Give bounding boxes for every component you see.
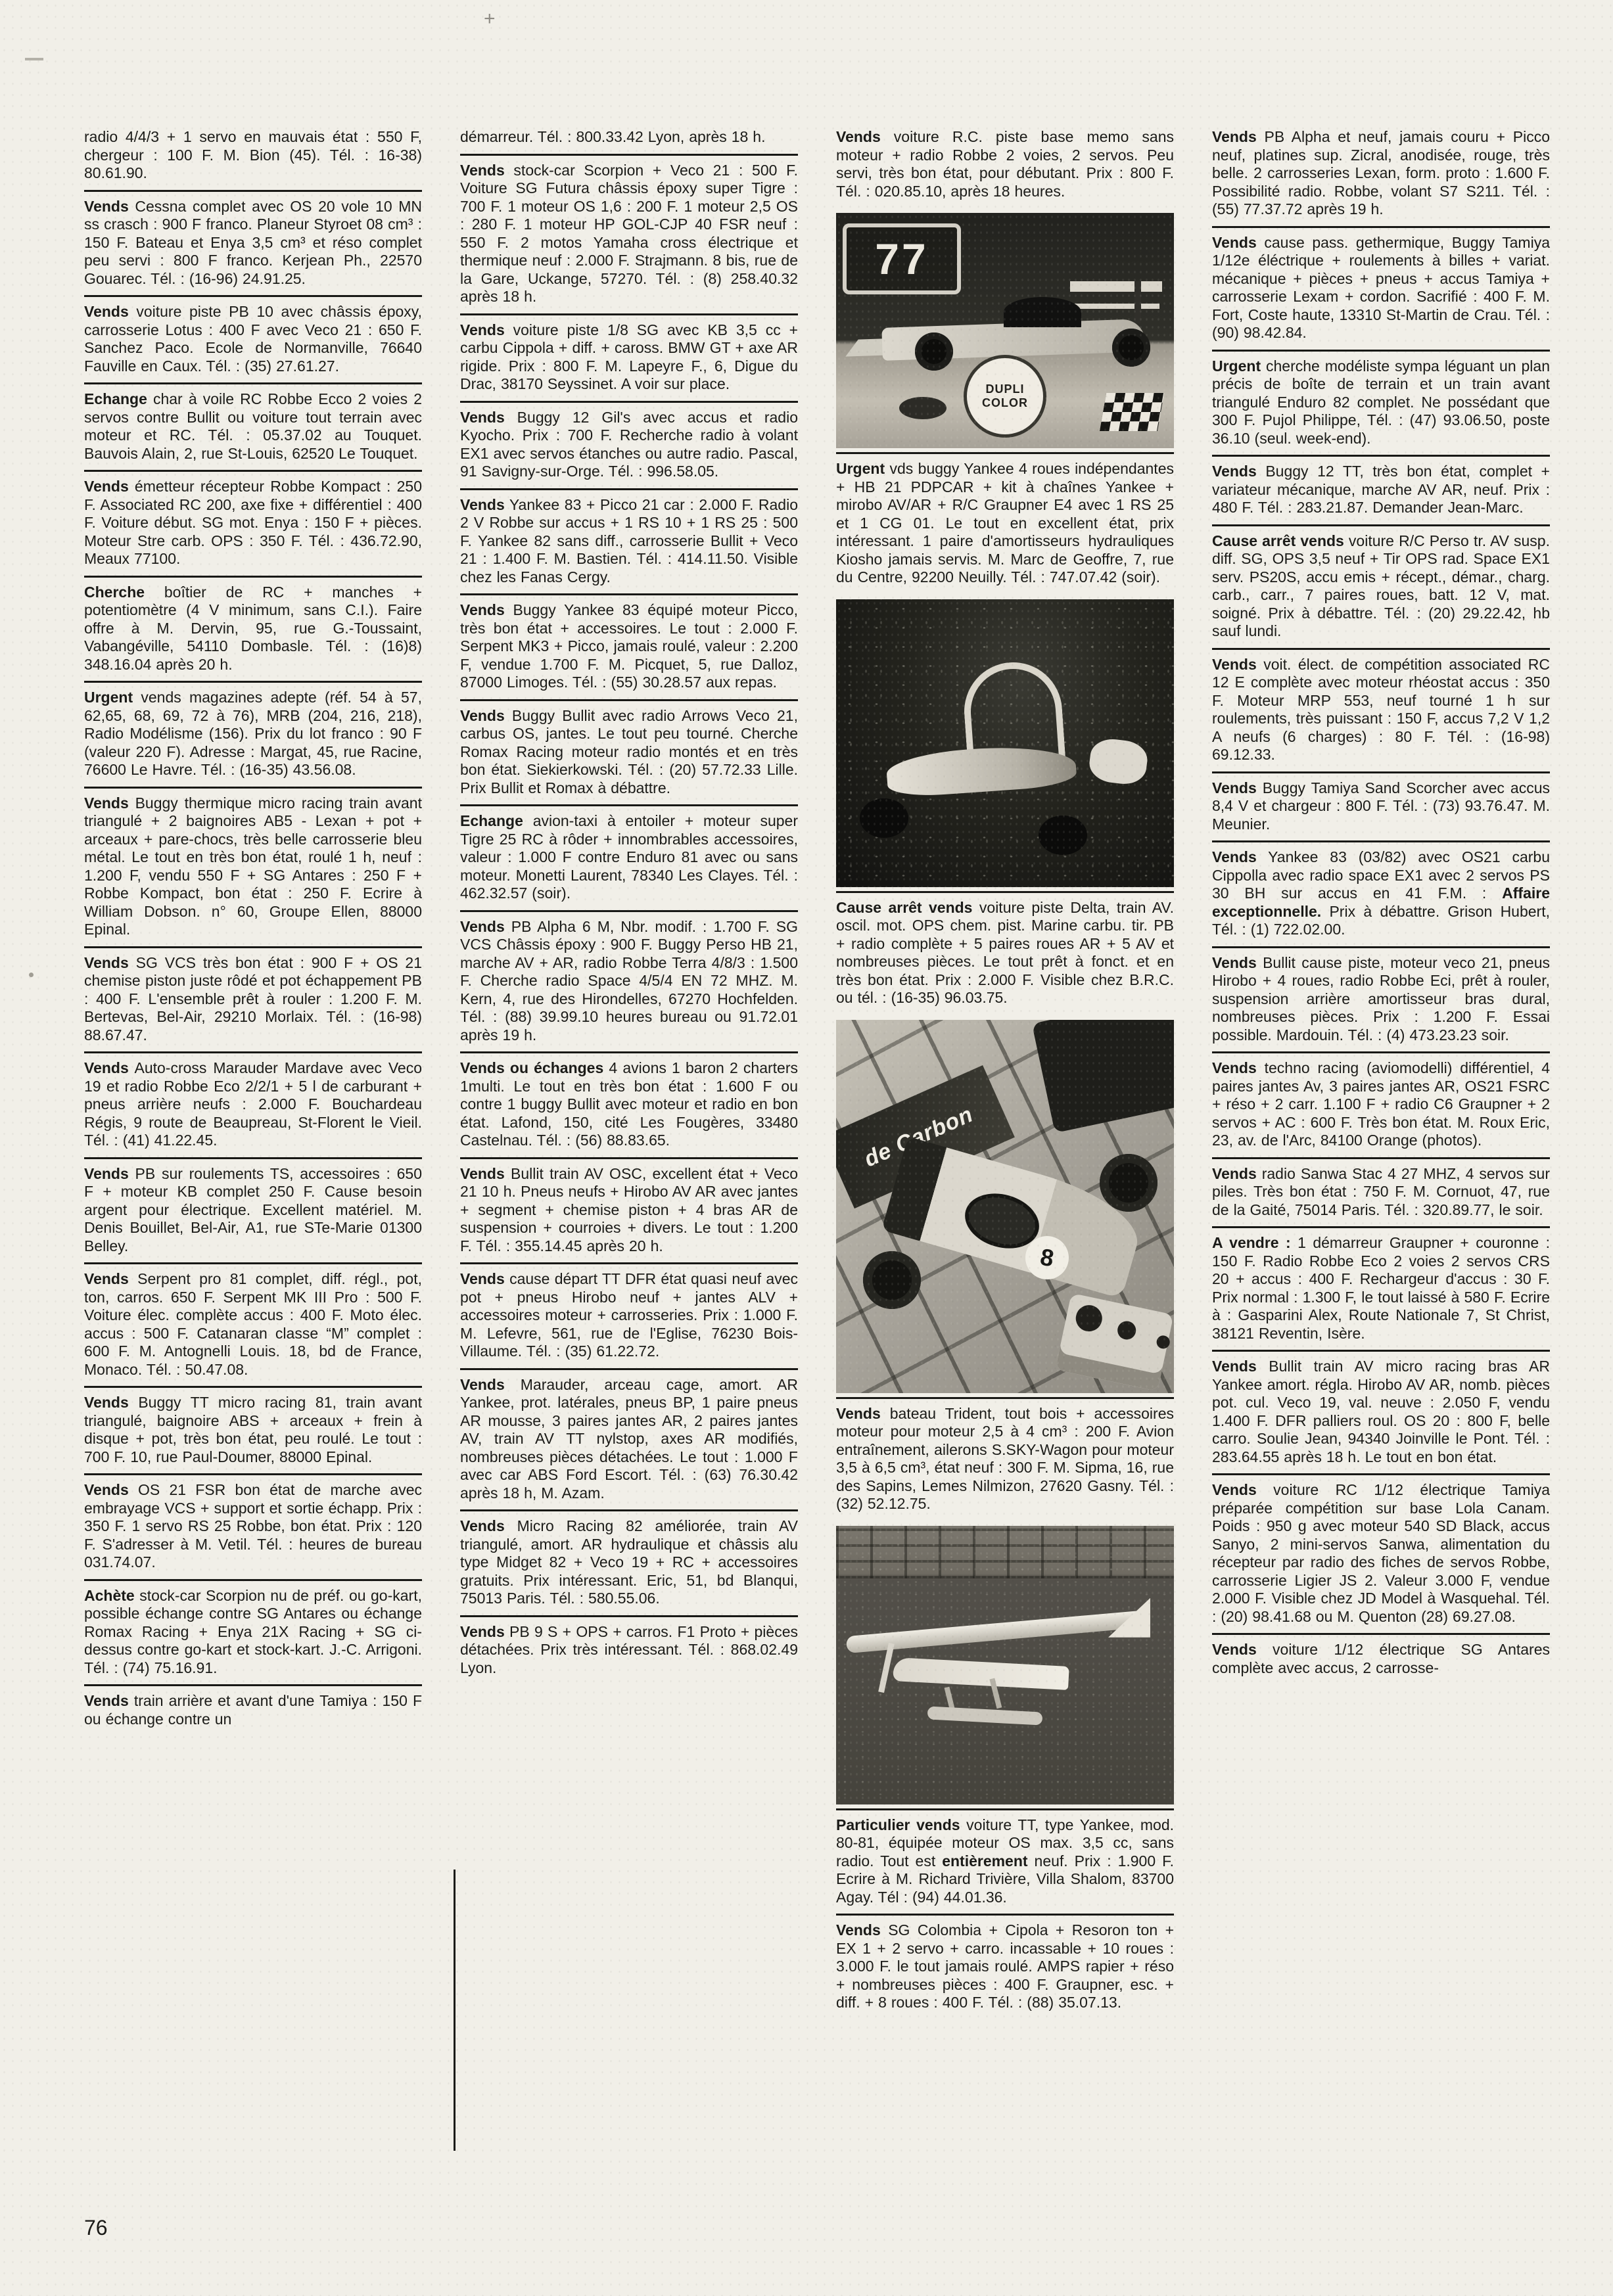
classified-ad: Urgent vds buggy Yankee 4 roues indépend… xyxy=(836,452,1174,594)
ad-body: Buggy 12 TT, très bon état, complet + va… xyxy=(1212,463,1550,516)
edge-mark xyxy=(25,58,43,60)
ad-body: Yankee 83 (03/82) avec OS21 carbu Cippol… xyxy=(1212,848,1550,902)
ad-body: Buggy Yankee 83 équipé moteur Picco, trè… xyxy=(460,601,798,691)
ad-lead: Vends xyxy=(836,128,881,145)
classified-ad: Echange char à voile RC Robbe Ecco 2 voi… xyxy=(84,382,422,470)
ad-lead: Vends xyxy=(84,478,129,495)
ad-body: Cessna complet avec OS 20 vole 10 MN ss … xyxy=(84,198,422,287)
classified-ad: Vends Buggy TT micro racing 81, train av… xyxy=(84,1386,422,1473)
ad-lead: Vends xyxy=(460,162,505,179)
classified-ad: Vends Bullit train AV micro racing bras … xyxy=(1212,1350,1550,1473)
ad-body: PB sur roulements TS, accessoires : 650 … xyxy=(84,1165,422,1254)
photo-track-car-display: 77 DUPLI COLOR xyxy=(836,213,1174,448)
ad-body: voiture piste 1/8 SG avec KB 3,5 cc + ca… xyxy=(460,321,798,393)
classified-ad: Vends radio Sanwa Stac 4 27 MHZ, 4 servo… xyxy=(1212,1157,1550,1227)
ad-body: cherche modéliste sympa léguant un plan … xyxy=(1212,357,1550,447)
ad-body: stock-car Scorpion nu de préf. ou go-kar… xyxy=(84,1587,422,1676)
ad-body: Buggy 12 Gil's avec accus et radio Kyoch… xyxy=(460,409,798,480)
ad-lead: Vends xyxy=(460,1623,505,1640)
classified-ad: Vends bateau Trident, tout bois + access… xyxy=(836,1397,1174,1521)
ad-lead: Urgent xyxy=(84,689,133,706)
ad-body: radio Sanwa Stac 4 27 MHZ, 4 servos sur … xyxy=(1212,1165,1550,1218)
ad-lead: Vends xyxy=(84,1270,129,1287)
ad-lead: Vends xyxy=(1212,1059,1257,1076)
ad-body: voiture 1/12 électrique SG Antares compl… xyxy=(1212,1641,1550,1676)
classified-ad: Echange avion-taxi à entoiler + moteur s… xyxy=(460,804,798,910)
classified-ad: Vends voiture piste 1/8 SG avec KB 3,5 c… xyxy=(460,313,798,401)
ad-lead: Vends xyxy=(460,707,505,724)
race-number-sign: 77 xyxy=(843,223,961,294)
ad-body: voiture piste PB 10 avec châssis époxy, … xyxy=(84,303,422,375)
ad-lead: Vends xyxy=(1212,1165,1257,1182)
ad-body: radio 4/4/3 + 1 servo en mauvais état : … xyxy=(84,128,422,181)
photo-chassis-on-tiles: de Carbon 8 xyxy=(836,1020,1174,1393)
ad-body: Yankee 83 + Picco 21 car : 2.000 F. Radi… xyxy=(460,496,798,585)
ad-lead: Vends xyxy=(84,303,129,320)
column-4: Vends PB Alpha et neuf, jamais couru + P… xyxy=(1212,128,1550,1684)
ad-lead: Vends xyxy=(460,1165,505,1182)
page-number: 76 xyxy=(84,2216,108,2240)
ad-body: Buggy thermique micro racing train avant… xyxy=(84,794,422,938)
ad-body: bateau Trident, tout bois + accessoires … xyxy=(836,1405,1174,1513)
classified-ad: Vends Buggy Yankee 83 équipé moteur Picc… xyxy=(460,593,798,699)
ad-lead: Vends xyxy=(1212,1481,1257,1498)
classified-ad: Vends Cessna complet avec OS 20 vole 10 … xyxy=(84,190,422,296)
ad-body: vds buggy Yankee 4 roues indépendantes +… xyxy=(836,460,1174,585)
classified-ad: Vends Bullit train AV OSC, excellent éta… xyxy=(460,1157,798,1263)
ad-lead: Vends xyxy=(84,1394,129,1411)
ad-lead: Vends xyxy=(84,954,129,971)
ad-lead: Cause arrêt vends xyxy=(836,899,972,916)
ad-lead: Cherche xyxy=(84,584,145,601)
sponsor-oval-logo xyxy=(899,397,947,419)
badge-text: DUPLI xyxy=(986,382,1025,396)
classified-ad: Cause arrêt vends voiture R/C Perso tr. … xyxy=(1212,524,1550,648)
ad-lead: Echange xyxy=(460,812,523,829)
ad-lead: Vends xyxy=(460,601,505,618)
classified-ad: Vends Micro Racing 82 améliorée, train A… xyxy=(460,1509,798,1615)
classified-ad: Vends PB Alpha et neuf, jamais couru + P… xyxy=(1212,128,1550,226)
ad-lead: Vends xyxy=(460,1376,505,1393)
ad-body: Buggy Tamiya Sand Scorcher avec accus 8,… xyxy=(1212,779,1550,833)
classified-ad: Cause arrêt vends voiture piste Delta, t… xyxy=(836,891,1174,1015)
photo-night-buggy xyxy=(836,599,1174,887)
classified-ad: Cherche boîtier de RC + manches + potent… xyxy=(84,576,422,681)
classified-ad: Vends voiture RC 1/12 électrique Tamiya … xyxy=(1212,1473,1550,1633)
classified-ad: Vends voiture R.C. piste base memo sans … xyxy=(836,128,1174,208)
classified-ad: Vends cause départ TT DFR état quasi neu… xyxy=(460,1262,798,1368)
ad-lead: A vendre : xyxy=(1212,1234,1291,1251)
classified-ad: Particulier vends voiture TT, type Yanke… xyxy=(836,1808,1174,1914)
ad-lead: Vends xyxy=(84,794,129,812)
classified-ad: Vends stock-car Scorpion + Veco 21 : 500… xyxy=(460,154,798,313)
ad-lead: Urgent xyxy=(1212,357,1261,375)
column-divider-rule xyxy=(454,1870,456,2151)
ad-lead: Vends xyxy=(460,496,505,513)
classified-ad: Vends Buggy 12 TT, très bon état, comple… xyxy=(1212,455,1550,524)
ad-body: Buggy TT micro racing 81, train avant tr… xyxy=(84,1394,422,1465)
classified-ad: Urgent cherche modéliste sympa léguant u… xyxy=(1212,350,1550,455)
buggy-wheel xyxy=(860,798,908,838)
ad-body: voit. élect. de compétition associated R… xyxy=(1212,656,1550,764)
ad-lead: Vends xyxy=(84,1692,129,1709)
classified-ad: A vendre : 1 démarreur Graupner + couron… xyxy=(1212,1226,1550,1350)
ad-lead: Vends xyxy=(84,198,129,215)
ad-lead: Vends xyxy=(1212,1641,1257,1658)
ad-body: techno racing (aviomodelli) différentiel… xyxy=(1212,1059,1550,1149)
chassis-wheel xyxy=(1100,1154,1157,1212)
ad-body: Marauder, arceau cage, amort. AR Yankee,… xyxy=(460,1376,798,1502)
classified-ad: Vends cause pass. gethermique, Buggy Tam… xyxy=(1212,226,1550,350)
dupli-color-badge: DUPLI COLOR xyxy=(964,355,1046,438)
car-wheel xyxy=(915,333,953,371)
ad-lead: Vends xyxy=(836,1405,881,1422)
classified-ad: Vends techno racing (aviomodelli) différ… xyxy=(1212,1051,1550,1157)
ad-lead: Urgent xyxy=(836,460,885,477)
checkered-flag-logo xyxy=(1100,393,1164,431)
classified-ad: Vends train arrière et avant d'une Tamiy… xyxy=(84,1684,422,1735)
ad-body: PB Alpha et neuf, jamais couru + Picco n… xyxy=(1212,128,1550,218)
classified-ad: radio 4/4/3 + 1 servo en mauvais état : … xyxy=(84,128,422,190)
ad-body: PB 9 S + OPS + carros. F1 Proto + pièces… xyxy=(460,1623,798,1676)
classified-ad: Vends SG Colombia + Cipola + Resoron ton… xyxy=(836,1914,1174,2019)
ad-lead: Achète xyxy=(84,1587,135,1604)
classified-ad: Vends Yankee 83 (03/82) avec OS21 carbu … xyxy=(1212,840,1550,946)
ad-lead: Vends xyxy=(460,409,505,426)
ad-lead: Vends ou échanges xyxy=(460,1059,603,1076)
ad-lead: Vends xyxy=(1212,954,1257,971)
column-2: démarreur. Tél. : 800.33.42 Lyon, après … xyxy=(460,128,798,1684)
ad-lead: Vends xyxy=(460,1270,505,1287)
rear-wing xyxy=(1070,281,1162,292)
car-canopy xyxy=(1004,297,1081,327)
ad-lead: Vends xyxy=(460,1517,505,1534)
column-3: Vends voiture R.C. piste base memo sans … xyxy=(836,128,1174,2019)
classified-ad: Urgent vends magazines adepte (réf. 54 à… xyxy=(84,681,422,787)
photo-plane-on-grass xyxy=(836,1526,1174,1804)
ad-body: émetteur récepteur Robbe Kompact : 250 F… xyxy=(84,478,422,567)
chassis-wheel xyxy=(863,1251,921,1309)
classified-ad: Vends Buggy Bullit avec radio Arrows Vec… xyxy=(460,699,798,805)
ad-lead: Vends xyxy=(1212,779,1257,796)
classified-ad: Vends OS 21 FSR bon état de marche avec … xyxy=(84,1473,422,1579)
ad-lead: Vends xyxy=(1212,656,1257,673)
ad-lead: Vends xyxy=(84,1059,129,1076)
ad-lead: Vends xyxy=(460,918,505,935)
car-wheel xyxy=(1112,329,1150,367)
classified-ad: Vends Yankee 83 + Picco 21 car : 2.000 F… xyxy=(460,488,798,594)
ad-lead: Vends xyxy=(84,1165,129,1182)
ad-body: voiture RC 1/12 électrique Tamiya prépar… xyxy=(1212,1481,1550,1625)
dark-bag xyxy=(1032,1020,1174,1134)
ad-lead: Cause arrêt vends xyxy=(1212,532,1344,549)
ad-body: Bullit train AV micro racing bras AR Yan… xyxy=(1212,1358,1550,1465)
ad-body: Micro Racing 82 améliorée, train AV tria… xyxy=(460,1517,798,1607)
ad-body: OS 21 FSR bon état de marche avec embray… xyxy=(84,1481,422,1571)
ad-lead: Vends xyxy=(460,321,505,338)
ad-lead: Vends xyxy=(1212,848,1257,865)
ad-body: stock-car Scorpion + Veco 21 : 500 F. Vo… xyxy=(460,162,798,306)
classified-ad: démarreur. Tél. : 800.33.42 Lyon, après … xyxy=(460,128,798,154)
classified-ad: Vends PB 9 S + OPS + carros. F1 Proto + … xyxy=(460,1615,798,1685)
ad-body: voiture R.C. piste base memo sans moteur… xyxy=(836,128,1174,200)
classified-ad: Vends voiture piste PB 10 avec châssis é… xyxy=(84,295,422,382)
ad-body: Serpent pro 81 complet, diff. régl., pot… xyxy=(84,1270,422,1378)
classified-ad: Vends ou échanges 4 avions 1 baron 2 cha… xyxy=(460,1051,798,1157)
registration-plus-mark: + xyxy=(484,8,496,30)
column-1: radio 4/4/3 + 1 servo en mauvais état : … xyxy=(84,128,422,1735)
classified-ad: Vends Bullit cause piste, moteur veco 21… xyxy=(1212,946,1550,1052)
classified-ad: Vends PB Alpha 6 M, Nbr. modif. : 1.700 … xyxy=(460,910,798,1052)
ad-lead: Vends xyxy=(1212,234,1257,251)
classified-ad: Vends Buggy Tamiya Sand Scorcher avec ac… xyxy=(1212,771,1550,841)
ad-body: Bullit train AV OSC, excellent état + Ve… xyxy=(460,1165,798,1254)
classified-ad: Vends Buggy thermique micro racing train… xyxy=(84,787,422,946)
ad-body: vends magazines adepte (réf. 54 à 57, 62… xyxy=(84,689,422,778)
ad-body: Bullit cause piste, moteur veco 21, pneu… xyxy=(1212,954,1550,1044)
ad-body: SG VCS très bon état : 900 F + OS 21 che… xyxy=(84,954,422,1044)
classified-ad: Vends voiture 1/12 électrique SG Antares… xyxy=(1212,1633,1550,1684)
classified-ad: Achète stock-car Scorpion nu de préf. ou… xyxy=(84,1579,422,1685)
classified-ad: Vends SG VCS très bon état : 900 F + OS … xyxy=(84,946,422,1052)
ad-lead: Echange xyxy=(84,390,147,407)
wing-post xyxy=(1134,281,1141,323)
classified-ad: Vends Buggy 12 Gil's avec accus et radio… xyxy=(460,401,798,488)
ad-body: Auto-cross Marauder Mardave avec Veco 19… xyxy=(84,1059,422,1149)
ad-lead: Vends xyxy=(1212,1358,1257,1375)
ad-body: démarreur. Tél. : 800.33.42 Lyon, après … xyxy=(460,128,766,145)
ad-body: PB Alpha 6 M, Nbr. modif. : 1.700 F. SG … xyxy=(460,918,798,1044)
classified-ad: Vends voit. élect. de compétition associ… xyxy=(1212,648,1550,771)
ad-bold: entièrement xyxy=(942,1852,1027,1870)
badge-text: COLOR xyxy=(982,396,1028,410)
ad-lead: Vends xyxy=(1212,463,1257,480)
race-number: 77 xyxy=(875,234,928,284)
ad-lead: Vends xyxy=(1212,128,1257,145)
classified-ad: Vends Serpent pro 81 complet, diff. régl… xyxy=(84,1262,422,1386)
classified-ad: Vends Marauder, arceau cage, amort. AR Y… xyxy=(460,1368,798,1510)
roundel-number: 8 xyxy=(1038,1243,1056,1273)
ad-lead: Particulier vends xyxy=(836,1816,960,1833)
radio-transmitter xyxy=(1056,1293,1174,1392)
ad-body: cause pass. gethermique, Buggy Tamiya 1/… xyxy=(1212,234,1550,342)
classified-ad: Vends PB sur roulements TS, accessoires … xyxy=(84,1157,422,1263)
ad-body: cause départ TT DFR état quasi neuf avec… xyxy=(460,1270,798,1360)
classified-ad: Vends émetteur récepteur Robbe Kompact :… xyxy=(84,470,422,576)
edge-mark xyxy=(29,973,34,977)
ad-lead: Vends xyxy=(84,1481,129,1498)
ad-lead: Vends xyxy=(836,1921,881,1939)
classified-ad: Vends Auto-cross Marauder Mardave avec V… xyxy=(84,1051,422,1157)
ad-body: Buggy Bullit avec radio Arrows Veco 21, … xyxy=(460,707,798,796)
ad-body: SG Colombia + Cipola + Resoron ton + EX … xyxy=(836,1921,1174,2011)
ad-body: train arrière et avant d'une Tamiya : 15… xyxy=(84,1692,422,1728)
